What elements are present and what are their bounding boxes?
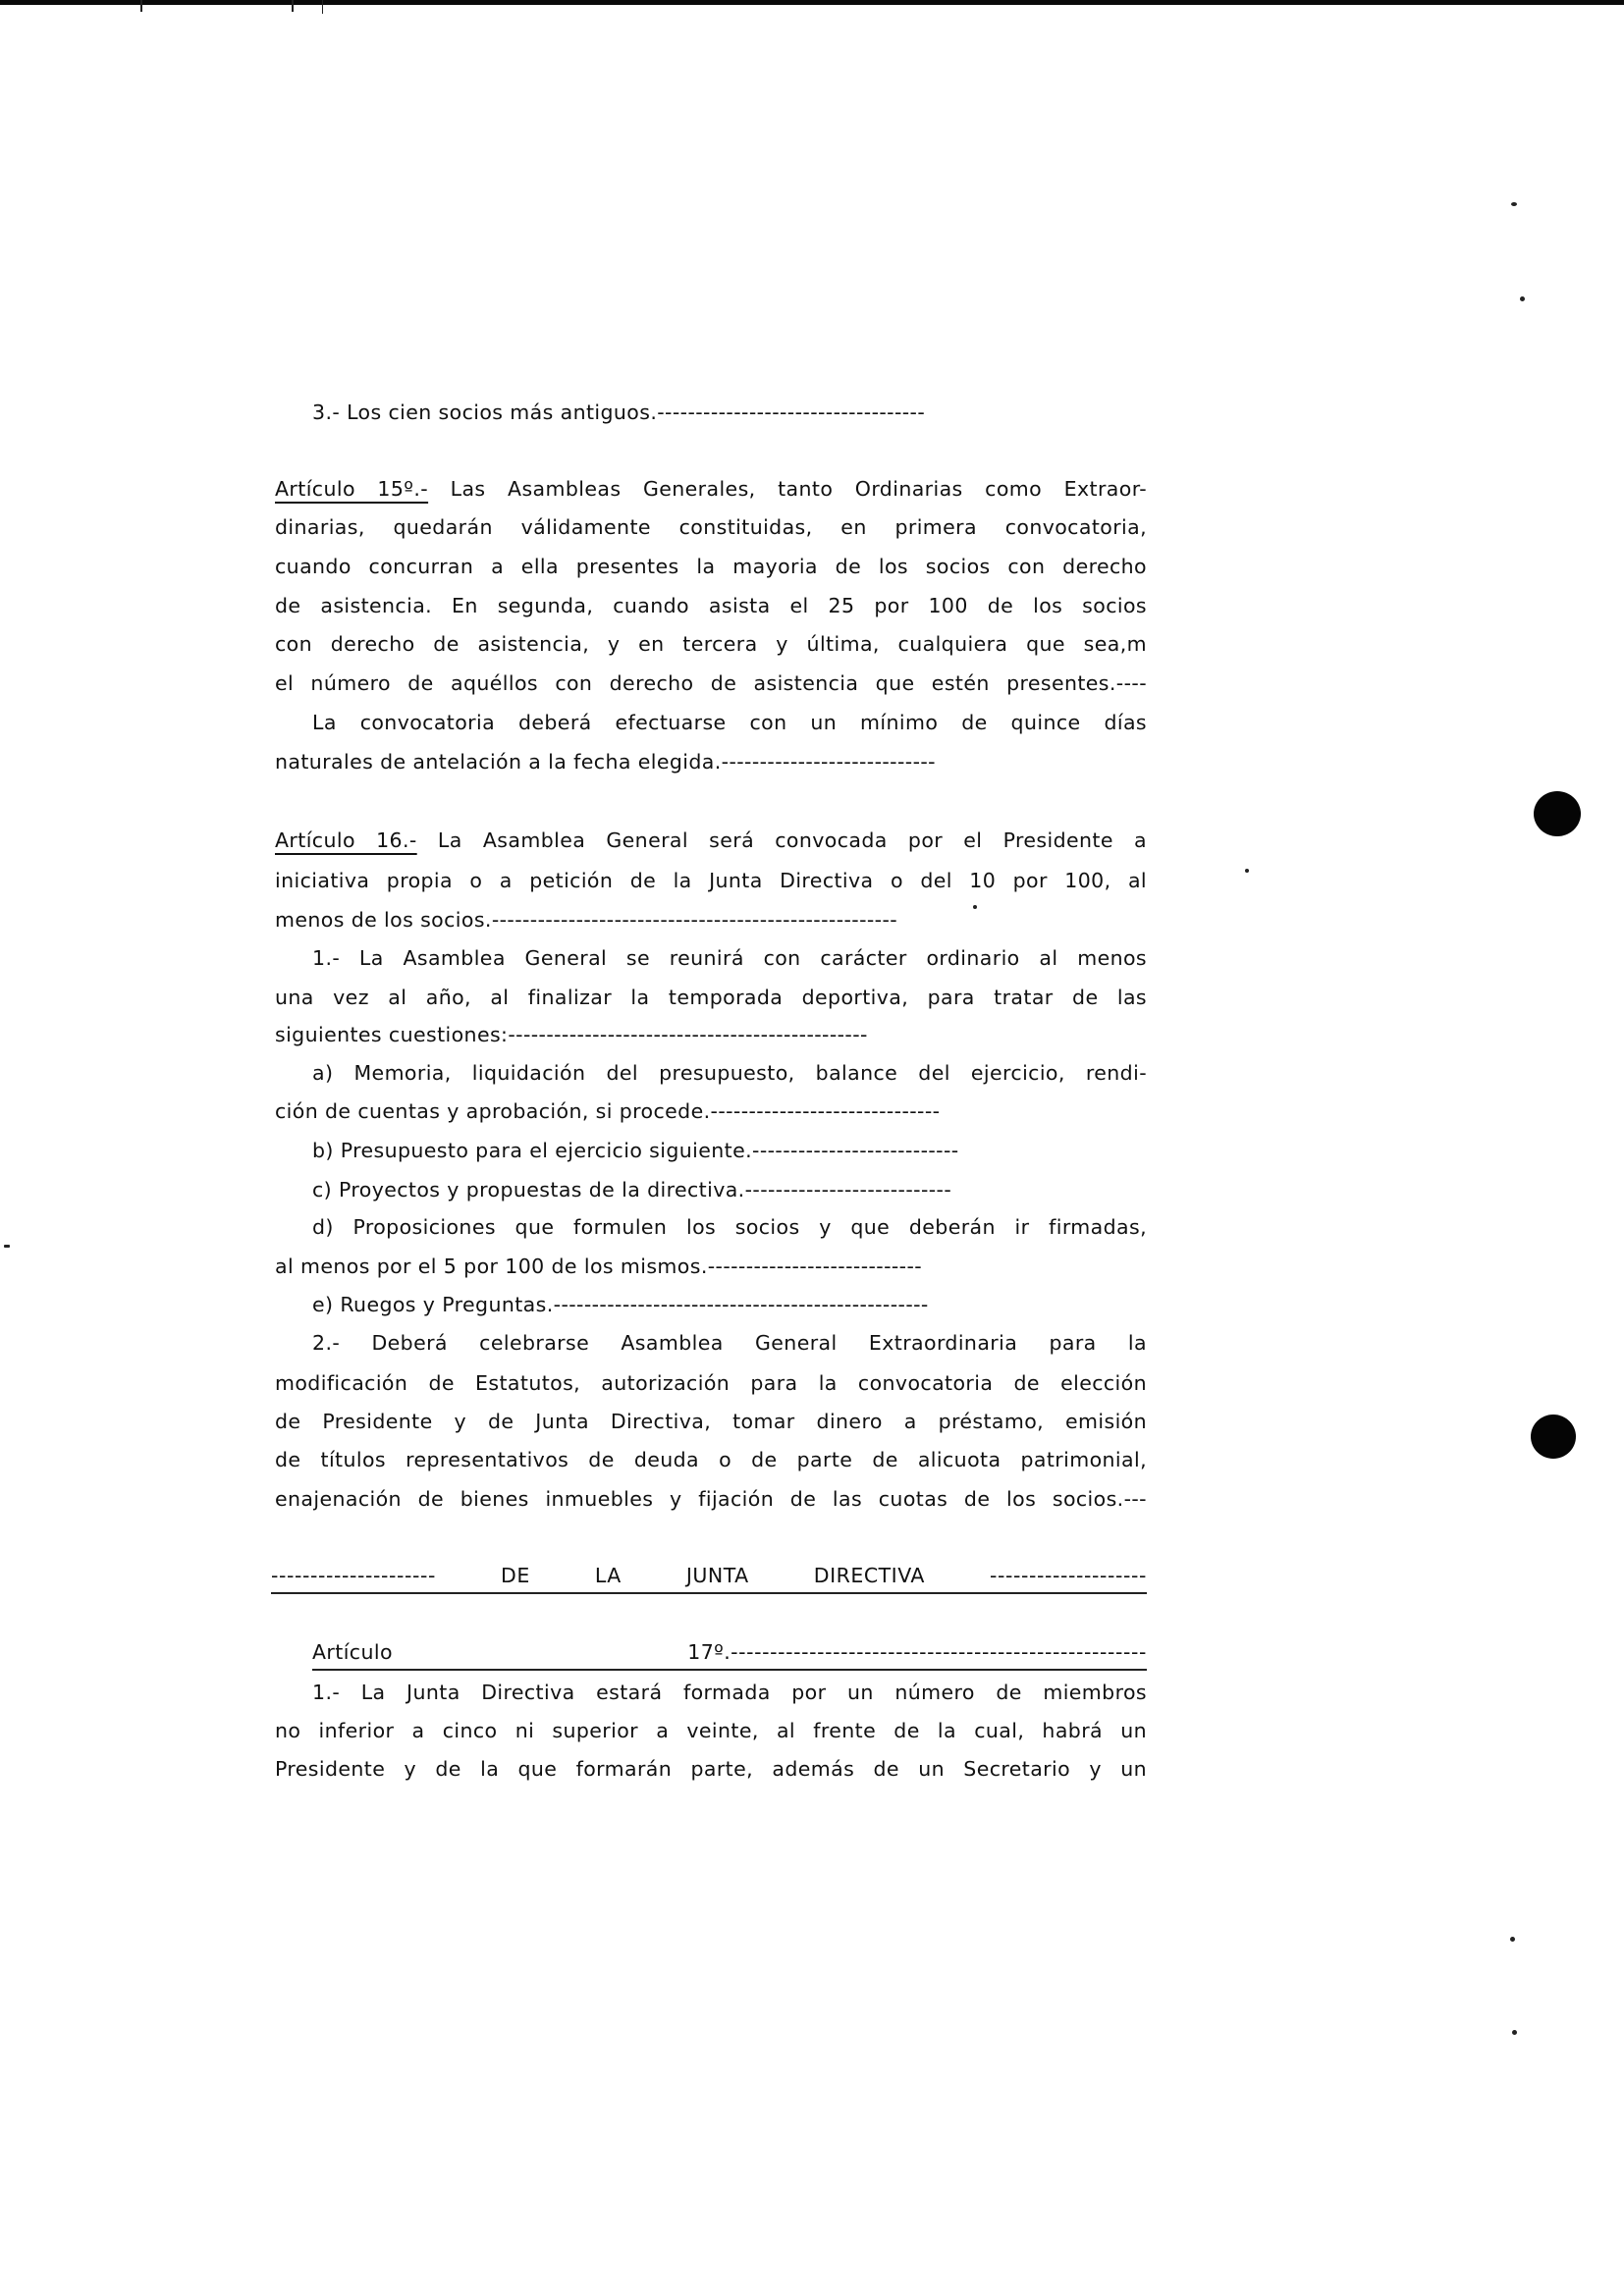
article-17-line-3: Presidente y de la que formarán parte, a… [275, 1754, 1147, 1784]
article-16-par-2-line-2: modificación de Estatutos, autorización … [275, 1368, 1147, 1398]
article-16-item-d-line-2: al menos por el 5 por 100 de los mismos.… [275, 1252, 1147, 1281]
article-16-par-2-line-4: de títulos representativos de deuda o de… [275, 1445, 1147, 1474]
scan-speck [1510, 1937, 1515, 1942]
scan-speck [1512, 2030, 1517, 2035]
article-text: La Asamblea General será convocada por e… [417, 828, 1147, 852]
heading-dashes: ----------------------------------------… [731, 1640, 1147, 1664]
list-item-3: 3.- Los cien socios más antiguos.-------… [312, 398, 1147, 427]
article-16-line-5: una vez al año, al finalizar la temporad… [275, 983, 1147, 1012]
article-16-item-a-line-1: a) Memoria, liquidación del presupuesto,… [312, 1058, 1147, 1088]
article-16-label: Artículo 16.- [275, 828, 417, 852]
scan-mark [140, 0, 142, 12]
article-16-line-1: Artículo 16.- La Asamblea General será c… [275, 826, 1147, 855]
article-16-line-4: 1.- La Asamblea General se reunirá con c… [312, 943, 1147, 973]
section-heading-junta-directiva: --------------------- DE LA JUNTA DIRECT… [271, 1561, 1147, 1594]
article-16-line-6: siguientes cuestiones:------------------… [275, 1020, 1147, 1049]
article-16-par-2-line-3: de Presidente y de Junta Directiva, toma… [275, 1407, 1147, 1436]
article-17-line-1: 1.- La Junta Directiva estará formada po… [312, 1678, 1147, 1707]
article-15-line-5: con derecho de asistencia, y en tercera … [275, 629, 1147, 659]
scan-top-edge [0, 0, 1624, 5]
scan-speck [4, 1245, 10, 1248]
list-item-text: 3.- Los cien socios más antiguos.-------… [312, 400, 925, 424]
article-16-item-c: c) Proyectos y propuestas de la directiv… [312, 1175, 1147, 1204]
article-16-par-2-line-1: 2.- Deberá celebrarse Asamblea General E… [312, 1328, 1147, 1358]
section-title: DE LA JUNTA DIRECTIVA [501, 1564, 925, 1587]
article-16-item-d-line-1: d) Proposiciones que formulen los socios… [312, 1212, 1147, 1242]
punch-hole [1534, 791, 1581, 836]
scan-speck [1511, 202, 1517, 206]
article-17-label: Artículo 17º. [312, 1640, 731, 1664]
punch-hole [1531, 1415, 1576, 1459]
scan-mark [322, 0, 323, 14]
article-16-line-3: menos de los socios.--------------------… [275, 905, 1147, 934]
article-16-item-a-line-2: ción de cuentas y aprobación, si procede… [275, 1096, 1147, 1126]
article-15-line-7: La convocatoria deberá efectuarse con un… [312, 708, 1147, 737]
article-15-line-2: dinarias, quedarán válidamente constitui… [275, 512, 1147, 542]
article-16-item-e: e) Ruegos y Preguntas.------------------… [312, 1290, 1147, 1319]
article-15-line-8: naturales de antelación a la fecha elegi… [275, 747, 1147, 776]
heading-dashes-right: -------------------- [990, 1564, 1147, 1587]
scan-speck [1245, 869, 1249, 873]
article-17-heading: Artículo 17º.---------------------------… [312, 1637, 1147, 1671]
scan-speck [1520, 296, 1525, 301]
article-15-line-1: Artículo 15º.- Las Asambleas Generales, … [275, 474, 1147, 504]
scan-mark [292, 0, 294, 12]
article-16-line-2: iniciativa propia o a petición de la Jun… [275, 866, 1147, 895]
article-15-line-6: el número de aquéllos con derecho de asi… [275, 668, 1147, 698]
article-15-line-3: cuando concurran a ella presentes la may… [275, 552, 1147, 581]
article-15-line-4: de asistencia. En segunda, cuando asista… [275, 591, 1147, 620]
article-16-item-b: b) Presupuesto para el ejercicio siguien… [312, 1136, 1147, 1165]
scan-speck [973, 905, 977, 909]
heading-dashes-left: --------------------- [271, 1564, 436, 1587]
article-15-label: Artículo 15º.- [275, 477, 428, 501]
article-text: Las Asambleas Generales, tanto Ordinaria… [428, 477, 1147, 501]
article-17-line-2: no inferior a cinco ni superior a veinte… [275, 1716, 1147, 1745]
article-16-par-2-line-5: enajenación de bienes inmuebles y fijaci… [275, 1484, 1147, 1514]
